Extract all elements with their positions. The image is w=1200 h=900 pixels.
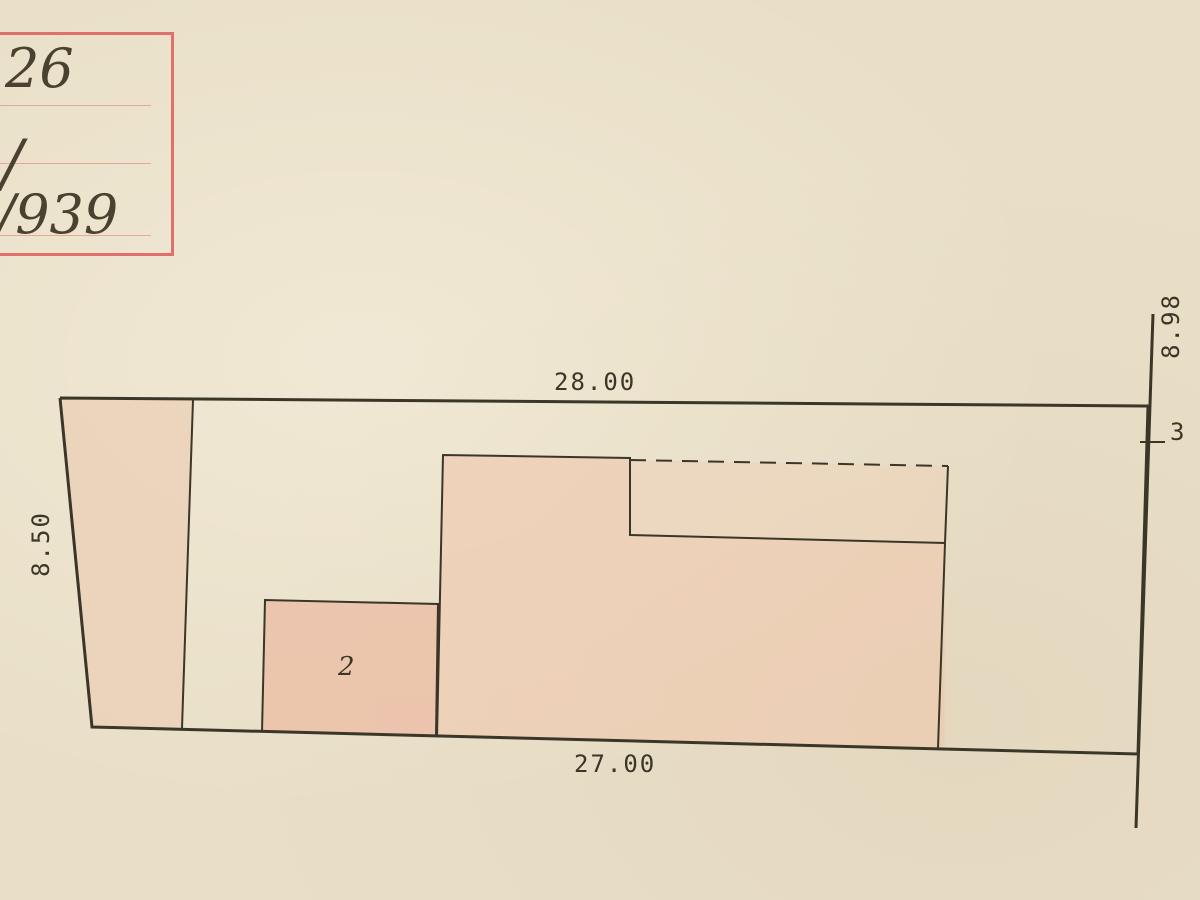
dimension-right: 8.98	[1157, 293, 1185, 359]
street-line	[1136, 314, 1153, 828]
dimension-bottom: 27.00	[574, 750, 656, 778]
dimension-right-partial: 3	[1170, 418, 1186, 446]
dimension-top: 28.00	[554, 368, 636, 396]
building-number-label: 2	[338, 652, 357, 682]
rear-annex	[630, 460, 948, 543]
dimension-left: 8.50	[27, 511, 55, 577]
left-strip	[60, 398, 193, 728]
